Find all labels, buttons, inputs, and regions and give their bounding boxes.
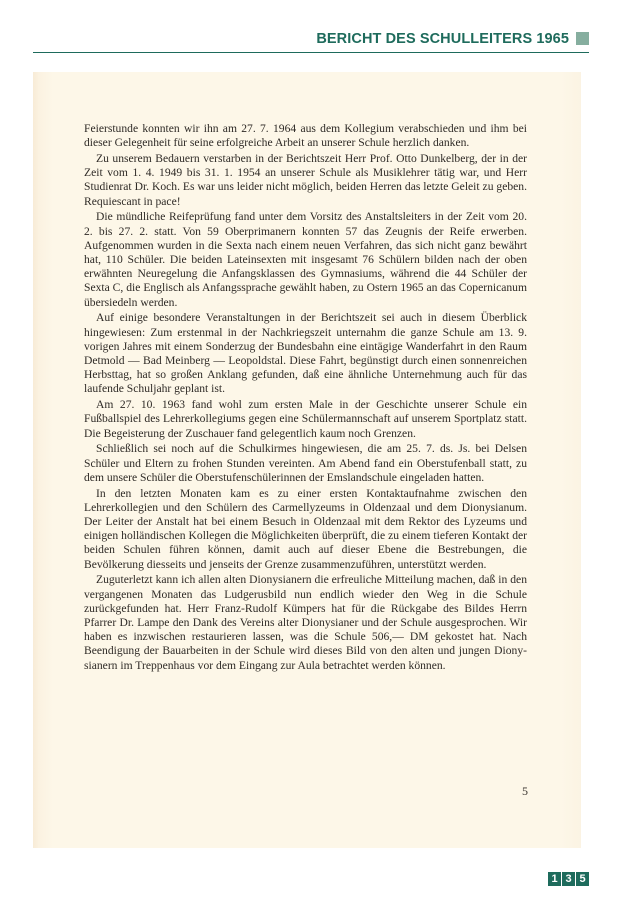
report-text: Feierstunde konnten wir ihn am 27. 7. 19… — [84, 122, 527, 674]
paragraph-3: Die mündliche Reifeprüfung fand unter de… — [84, 210, 527, 309]
page-digit-2: 3 — [562, 872, 575, 886]
paragraph-6: Schließlich sei noch auf die Schulkirmes… — [84, 442, 527, 485]
paragraph-2: Zu unserem Bedauern verstarben in der Be… — [84, 152, 527, 209]
page-digit-1: 1 — [548, 872, 561, 886]
header-accent-square — [576, 32, 589, 45]
paragraph-4: Auf einige besondere Veranstaltungen in … — [84, 311, 527, 396]
paragraph-8: Zuguterletzt kann ich allen alten Dionys… — [84, 573, 527, 672]
running-header: BERICHT DES SCHULLEITERS 1965 — [33, 28, 589, 53]
page-number-boxes: 1 3 5 — [548, 872, 589, 886]
paragraph-5: Am 27. 10. 1963 fand wohl zum ersten Mal… — [84, 398, 527, 441]
paragraph-7: In den letzten Monaten kam es zu einer e… — [84, 487, 527, 572]
scanned-page: Feierstunde konnten wir ihn am 27. 7. 19… — [33, 72, 581, 848]
paragraph-1: Feierstunde konnten wir ihn am 27. 7. 19… — [84, 122, 527, 150]
scan-page-number: 5 — [522, 784, 528, 799]
header-title: BERICHT DES SCHULLEITERS 1965 — [316, 31, 569, 47]
page-digit-3: 5 — [576, 872, 589, 886]
